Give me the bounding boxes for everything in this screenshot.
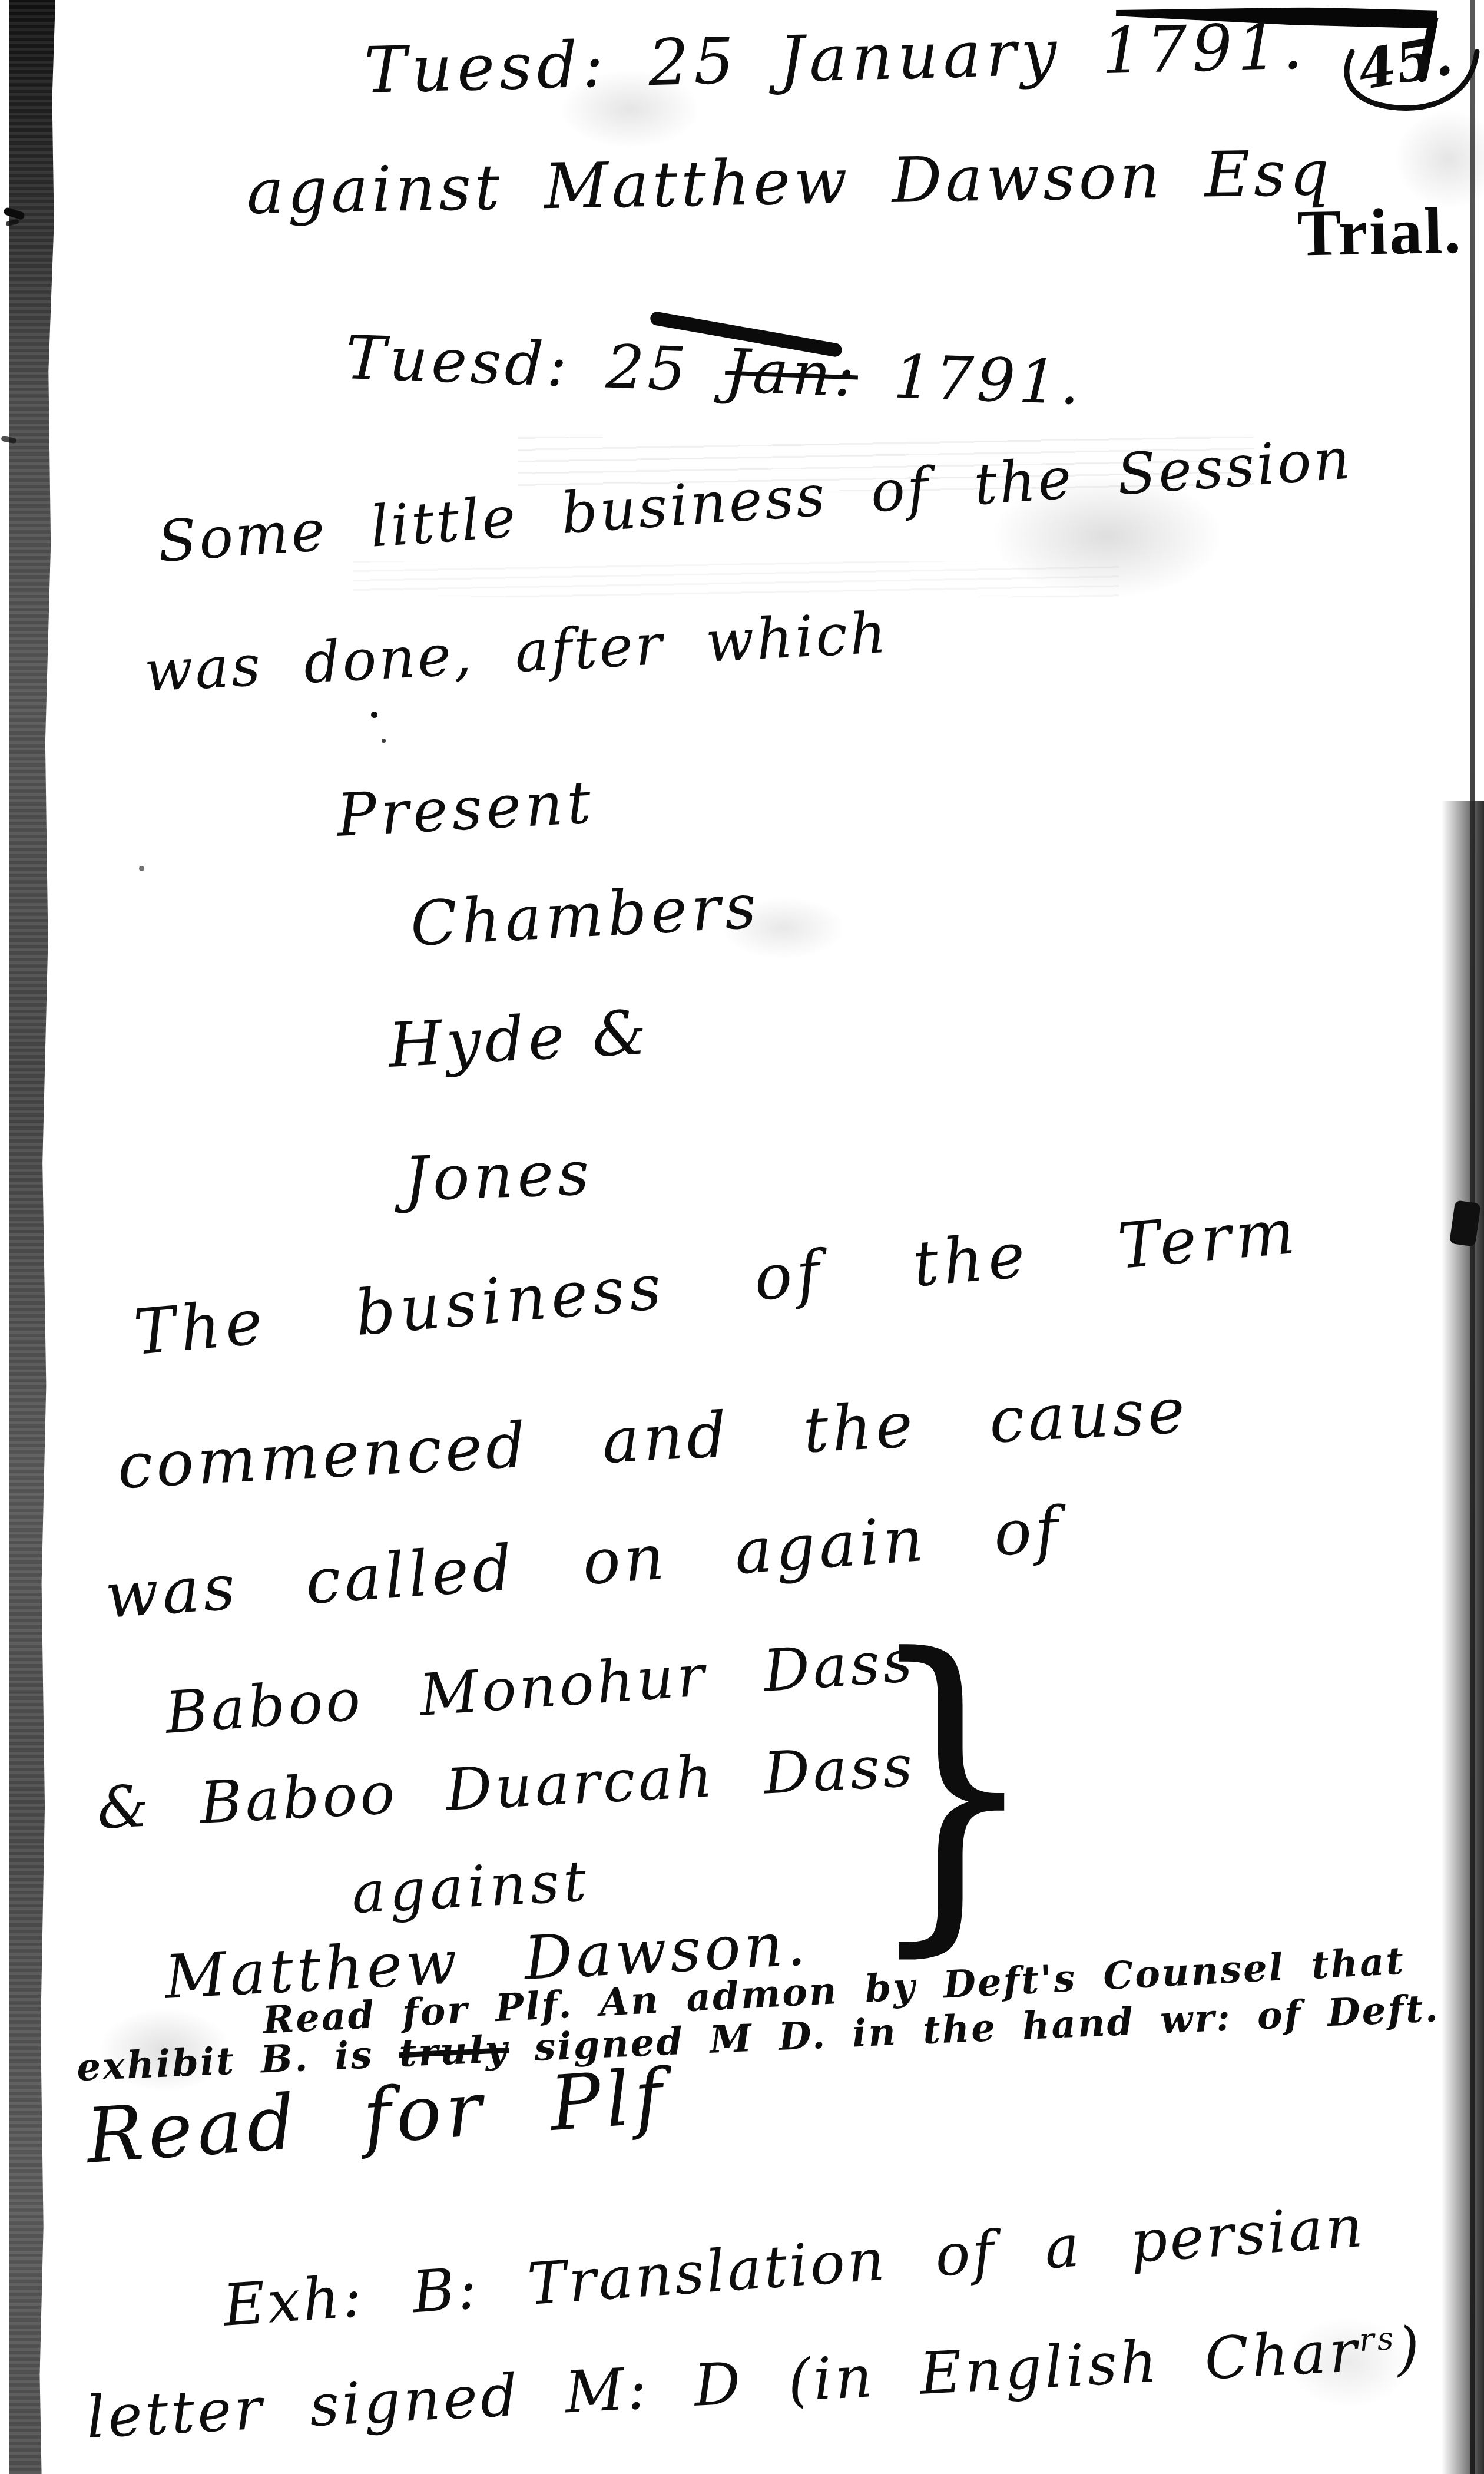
- judge-name: Jones: [403, 1139, 594, 1213]
- judge-name: Chambers: [409, 872, 762, 958]
- exhibit-post: ): [1395, 2314, 1424, 2383]
- document-scan: 45. Tuesd: 25 January 1791. against Matt…: [0, 0, 1484, 2474]
- exhibit-superscript: rs: [1358, 2320, 1397, 2359]
- exhibit-line: Exh: B: Translation of a persian: [221, 2195, 1367, 2339]
- cause-brace: }: [864, 1615, 1038, 1957]
- present-heading: Present: [335, 770, 597, 848]
- dateline: Tuesd: 25 Jan: 1791.: [344, 325, 1084, 417]
- judge-name: Hyde &: [387, 998, 652, 1080]
- plaintiff-name: & Baboo Duarcah Dass: [95, 1735, 917, 1841]
- body-line: The business of the Term: [131, 1197, 1302, 1367]
- smudge: [353, 561, 1119, 597]
- ink-speck: [139, 866, 144, 871]
- trial-margin-label: Trial.: [1297, 193, 1463, 272]
- heading-parties: against Matthew Dawson Esq: [246, 139, 1333, 227]
- binding-gutter-shadow: [9, 0, 55, 2474]
- ink-speck: [382, 739, 386, 743]
- ink-speck: [371, 712, 377, 718]
- versus-word: against: [350, 1850, 591, 1925]
- page-edge-shadow: [1442, 801, 1484, 2474]
- heading-date: Tuesd: 25 January 1791.: [363, 12, 1308, 107]
- exhibit-line: letter signed M: D (in English Charrs): [85, 2317, 1424, 2450]
- plaintiff-name: Baboo Monohur Dass: [163, 1630, 917, 1746]
- dateline-pre: Tuesd: 25: [344, 323, 726, 406]
- body-line: Some little business of the Session: [156, 428, 1354, 573]
- body-line: commenced and the cause: [116, 1377, 1190, 1501]
- body-line: was done, after which: [143, 602, 890, 703]
- exhibit-pre: letter signed M: D (in English Char: [85, 2318, 1362, 2452]
- dateline-post: 1791.: [857, 340, 1084, 418]
